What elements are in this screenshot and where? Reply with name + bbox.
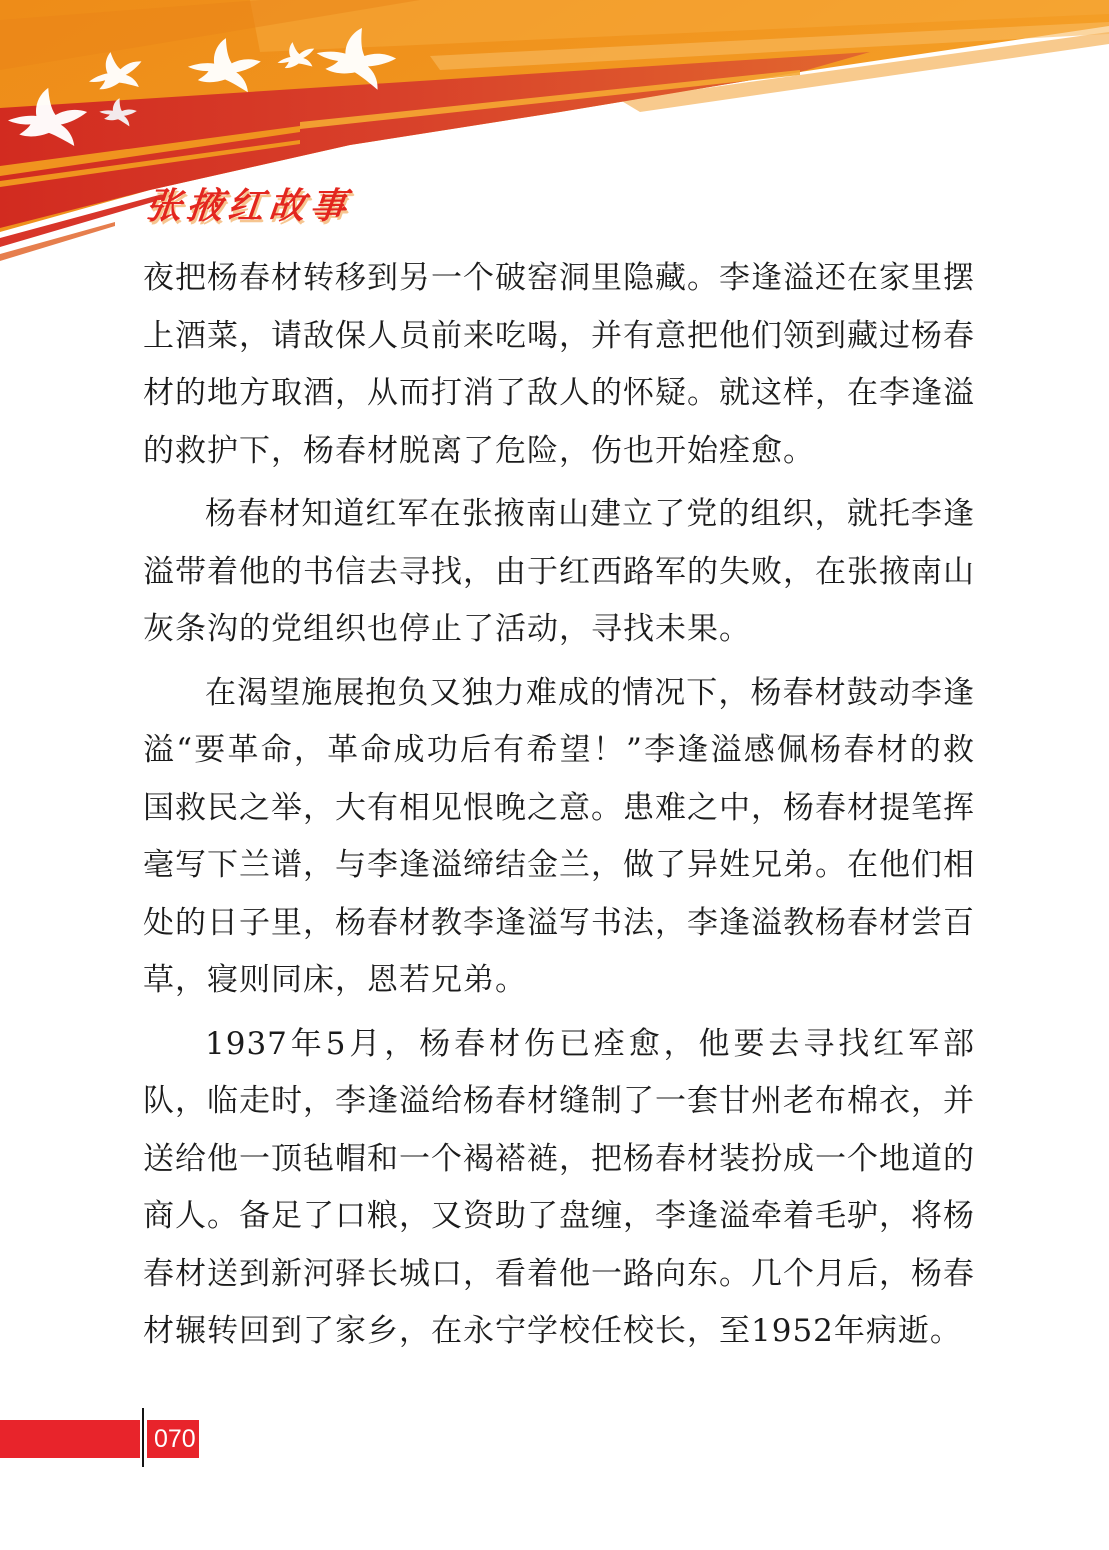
story-text: 夜把杨春材转移到另一个破窑洞里隐藏。李逢溢还在家里摆上酒菜，请敌保人员前来吃喝，… [143, 250, 975, 1367]
body-paragraph: 在渴望施展抱负又独力难成的情况下，杨春材鼓动李逢溢“要革命，革命成功后有希望！”… [143, 665, 975, 1010]
page-number: 070 [147, 1420, 199, 1458]
footer-divider-line [142, 1408, 144, 1467]
footer-red-bar [0, 1420, 140, 1458]
body-paragraph: 杨春材知道红军在张掖南山建立了党的组织，就托李逢溢带着他的书信去寻找，由于红西路… [143, 486, 975, 659]
book-title: 张掖红故事 [143, 178, 353, 229]
body-paragraph: 1937年5月，杨春材伤已痊愈，他要去寻找红军部队，临走时，李逢溢给杨春材缝制了… [143, 1016, 975, 1361]
book-page: 张掖红故事 夜把杨春材转移到另一个破窑洞里隐藏。李逢溢还在家里摆上酒菜，请敌保人… [0, 0, 1109, 1550]
body-paragraph: 夜把杨春材转移到另一个破窑洞里隐藏。李逢溢还在家里摆上酒菜，请敌保人员前来吃喝，… [143, 250, 975, 480]
